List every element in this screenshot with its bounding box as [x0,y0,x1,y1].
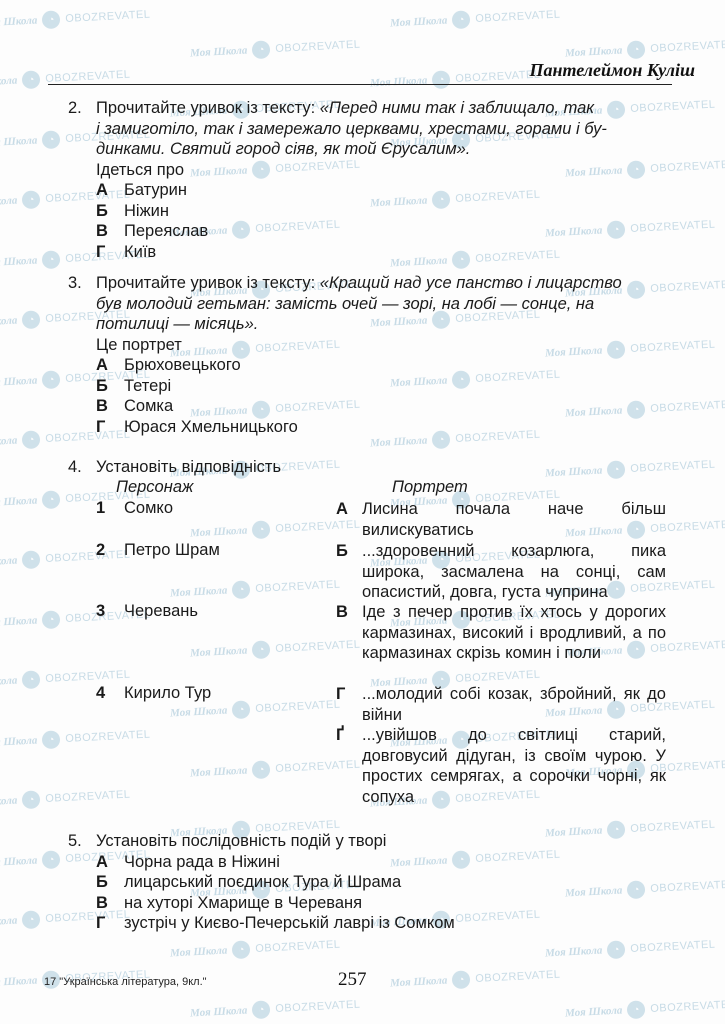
option-letter: В [336,602,362,664]
item-text: Черевань [124,602,198,621]
quote-line: потилиці — місяць». [96,315,258,333]
option-letter: А [96,852,124,873]
option-v[interactable]: ВСомка [68,396,668,417]
footer-signature: 17 "Українська література, 9кл." [44,976,207,988]
option-letter: В [96,396,124,417]
match-right-g[interactable]: Ґ...увійшов до світлиці старий, довговус… [336,725,666,807]
option-text: Сомка [124,396,173,417]
option-letter: А [96,180,124,201]
question-number: 4. [68,457,96,478]
option-letter: Б [336,541,362,603]
option-h[interactable]: ГКиїв [68,242,668,263]
match-left-3[interactable]: 3Черевань [96,602,198,621]
option-text: Переяслав [124,221,208,242]
question-title: Установіть відповідність [96,457,668,478]
item-text: Кирило Тур [124,684,211,703]
quote-line: динками. Святий город сіяв, як той Єруса… [96,140,470,158]
question-4: 4. Установіть відповідність [68,457,668,478]
match-right-v[interactable]: ВІде з печер против їх хтось у дорогих к… [336,602,666,664]
page-number: 257 [338,969,367,991]
header-rule [48,84,672,85]
option-a[interactable]: АБатурин [68,180,668,201]
option-text: зустріч у Києво-Печерській лаврі із Сомк… [124,913,455,934]
option-text: Іде з печер против їх хтось у дорогих ка… [362,602,666,664]
item-text: Сомко [124,499,173,518]
option-text: Юрася Хмельницького [124,417,298,438]
match-right-h[interactable]: Г...молодий собі козак, збройний, як до … [336,684,666,725]
quote-line: «Перед ними так і заблищало, так [320,99,594,117]
running-title: Пантелеймон Куліш [529,60,695,81]
option-letter: Г [336,684,362,725]
item-number: 1 [96,499,124,518]
option-b[interactable]: БНіжин [68,201,668,222]
option-letter: Г [96,242,124,263]
page: Пантелеймон Куліш 2. Прочитайте уривок і… [0,0,725,1024]
option-letter: Ґ [336,725,362,807]
question-number: 2. [68,98,96,160]
match-right-a[interactable]: АЛисина почала наче більш вилискуватись [336,499,666,540]
item-number: 2 [96,541,124,560]
option-text: Чорна рада в Ніжині [124,852,280,873]
option-letter: Б [96,872,124,893]
quote-line: «Кращий над усе панство і лицарство [320,274,622,292]
option-b[interactable]: БТетері [68,376,668,397]
option-h[interactable]: Гзустріч у Києво-Печерській лаврі із Сом… [68,913,668,934]
column-header-character: Персонаж [116,478,193,497]
question-5: 5. Установіть послідовність подій у твор… [68,831,668,934]
option-a[interactable]: АЧорна рада в Ніжині [68,852,668,873]
question-prompt: Це портрет [68,335,668,356]
match-left-1[interactable]: 1Сомко [96,499,173,518]
option-text: Тетері [124,376,171,397]
option-text: Лисина почала наче більш вилискуватись [362,499,666,540]
item-number: 3 [96,602,124,621]
match-right-b[interactable]: Б...здоровенний козарлюга, пика широка, … [336,541,666,603]
question-prompt: Ідеться про [68,160,668,181]
option-v[interactable]: ВПереяслав [68,221,668,242]
question-title: Установіть послідовність подій у творі [96,831,668,852]
question-lead: Прочитайте уривок із тексту: [96,274,320,292]
column-header-portrait: Портрет [392,478,468,497]
option-v[interactable]: Вна хуторі Хмарище в Череваня [68,893,668,914]
option-letter: Г [96,417,124,438]
quote-line: був молодий гетьман: замість очей — зорі… [96,295,594,313]
quote-line: і замиготіло, так і замережало церквами,… [96,120,607,138]
question-lead: Прочитайте уривок із тексту: [96,99,320,117]
option-letter: В [96,893,124,914]
option-text: ...здоровенний козарлюга, пика широка, з… [362,541,666,603]
option-text: Ніжин [124,201,169,222]
option-letter: В [96,221,124,242]
question-number: 3. [68,273,96,335]
option-text: Київ [124,242,156,263]
option-letter: А [336,499,362,540]
question-2: 2. Прочитайте уривок із тексту: «Перед н… [68,98,668,262]
option-letter: Б [96,376,124,397]
option-text: ...молодий собі козак, збройний, як до в… [362,684,666,725]
question-number: 5. [68,831,96,852]
option-text: на хуторі Хмарище в Череваня [124,893,362,914]
option-letter: Г [96,913,124,934]
option-text: Батурин [124,180,187,201]
match-left-2[interactable]: 2Петро Шрам [96,541,220,560]
option-letter: Б [96,201,124,222]
option-h[interactable]: ГЮрася Хмельницького [68,417,668,438]
item-text: Петро Шрам [124,541,220,560]
option-letter: А [96,355,124,376]
option-text: ...увійшов до світлиці старий, довговуси… [362,725,666,807]
option-text: лицарський поєдинок Тура й Шрама [124,872,401,893]
option-a[interactable]: АБрюховецького [68,355,668,376]
option-text: Брюховецького [124,355,241,376]
item-number: 4 [96,684,124,703]
question-3: 3. Прочитайте уривок із тексту: «Кращий … [68,273,668,437]
option-b[interactable]: Блицарський поєдинок Тура й Шрама [68,872,668,893]
match-left-4[interactable]: 4Кирило Тур [96,684,211,703]
